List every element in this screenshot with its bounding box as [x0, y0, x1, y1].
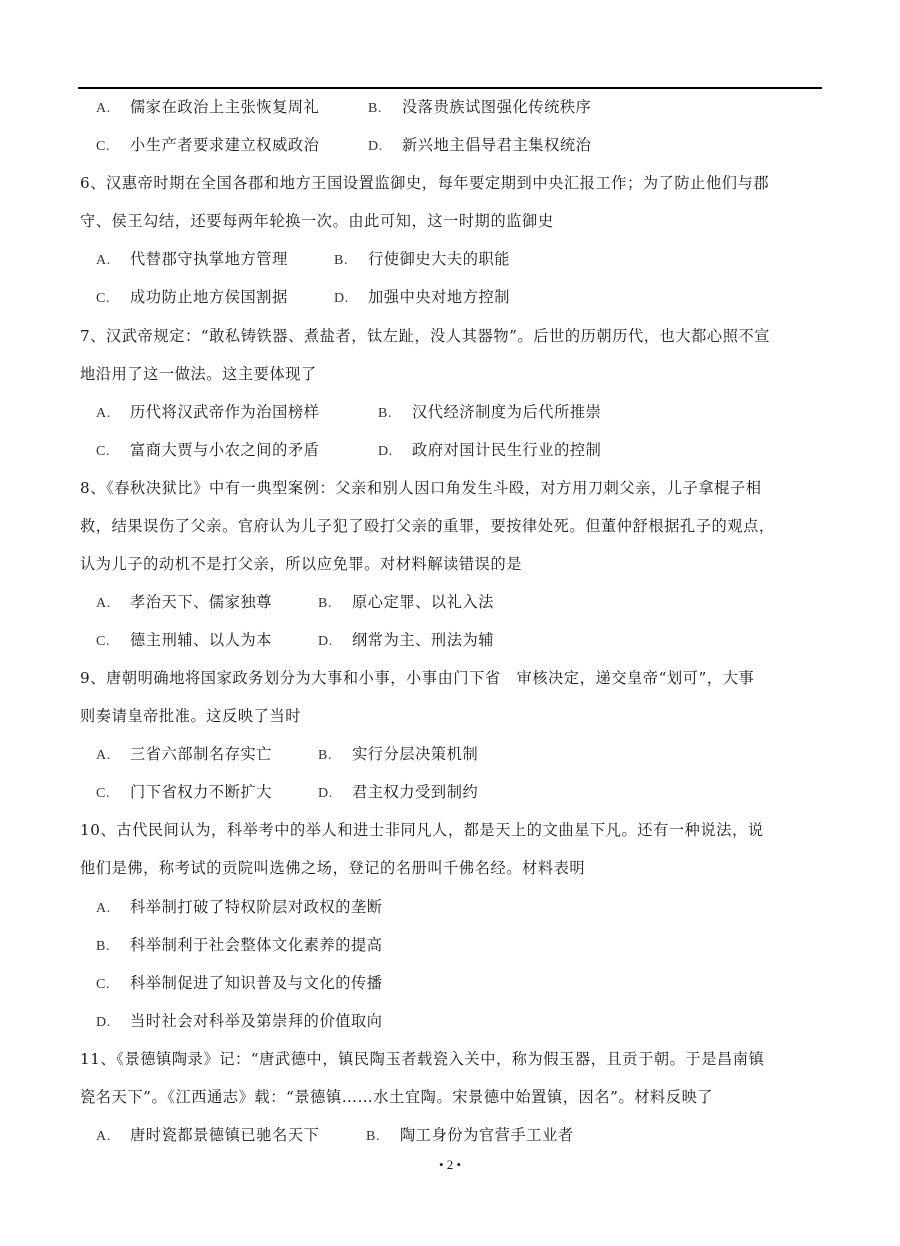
q7-stem-line-1: 7、汉武帝规定：“敢私铸铁器、煮盐者，钛左趾，没人其器物”。后世的历朝历代，也大… [80, 326, 770, 346]
option-key: C. [96, 975, 130, 995]
option-key: D. [96, 1013, 130, 1033]
q8-option-a: A.孝治天下、儒家独尊 [96, 592, 272, 614]
option-text: 代替郡守执掌地方管理 [130, 250, 288, 268]
q10-option-d: D.当时社会对科举及第崇拜的价值取向 [96, 1011, 383, 1033]
q7-option-b: B.汉代经济制度为后代所推崇 [378, 402, 601, 424]
option-key: C. [96, 632, 130, 652]
q9-option-b: B.实行分层决策机制 [318, 744, 478, 766]
option-text: 历代将汉武帝作为治国榜样 [130, 403, 319, 421]
option-text: 科举制促进了知识普及与文化的传播 [130, 974, 383, 992]
option-key: A. [96, 594, 130, 614]
option-text: 科举制利于社会整体文化素养的提高 [130, 936, 383, 954]
option-key: D. [318, 632, 352, 652]
q8-stem-line-3: 认为儿子的动机不是打父亲，所以应免罪。对材料解读错误的是 [80, 554, 522, 574]
option-text: 孝治天下、儒家独尊 [130, 593, 272, 611]
q7-option-d: D.政府对国计民生行业的控制 [378, 440, 601, 462]
q11-stem-line-1: 11、《景德镇陶录》记：“唐武德中，镇民陶玉者载瓷入关中，称为假玉器，且贡于朝。… [80, 1049, 764, 1069]
option-key: D. [378, 442, 412, 462]
option-key: A. [96, 1127, 130, 1147]
option-text: 成功防止地方侯国割据 [130, 288, 288, 306]
q8-option-b: B.原心定罪、以礼入法 [318, 592, 494, 614]
option-key: B. [378, 404, 412, 424]
option-key: C. [96, 784, 130, 804]
q6-option-c: C.成功防止地方侯国割据 [96, 287, 288, 309]
option-key: D. [368, 137, 402, 157]
q7-stem-line-2: 地沿用了这一做法。这主要体现了 [80, 364, 317, 384]
q9-stem-line-1: 9、唐朝明确地将国家政务划分为大事和小事，小事由门下省 审核决定，递交皇帝“划可… [80, 668, 754, 688]
option-key: C. [96, 442, 130, 462]
q9-option-d: D.君主权力受到制约 [318, 782, 478, 804]
option-key: B. [366, 1127, 400, 1147]
option-key: A. [96, 899, 130, 919]
q6-stem-line-2: 守、侯王勾结，还要每两年轮换一次。由此可知，这一时期的监御史 [80, 211, 554, 231]
q11-stem-line-2: 瓷名天下”。《江西通志》载：“景德镇……水土宜陶。宋景德中始置镇，因名”。材料反… [80, 1087, 713, 1107]
option-text: 当时社会对科举及第崇拜的价值取向 [130, 1012, 383, 1030]
option-text: 门下省权力不断扩大 [130, 783, 272, 801]
q9-option-c: C.门下省权力不断扩大 [96, 782, 272, 804]
option-key: D. [318, 784, 352, 804]
option-text: 没落贵族试图强化传统秩序 [402, 98, 591, 116]
header-rule [78, 87, 822, 89]
option-text: 陶工身份为官营手工业者 [400, 1126, 574, 1144]
option-text: 实行分层决策机制 [352, 745, 478, 763]
option-text: 加强中央对地方控制 [368, 288, 510, 306]
q10-option-a: A.科举制打破了特权阶层对政权的垄断 [96, 897, 383, 919]
option-key: A. [96, 746, 130, 766]
option-key: A. [96, 99, 130, 119]
option-text: 汉代经济制度为后代所推崇 [412, 403, 601, 421]
option-text: 小生产者要求建立权威政治 [130, 136, 319, 154]
q5-option-d: D.新兴地主倡导君主集权统治 [368, 135, 591, 157]
q5-option-a: A.儒家在政治上主张恢复周礼 [96, 97, 319, 119]
q6-option-b: B.行使御史大夫的职能 [334, 249, 510, 271]
option-key: B. [334, 251, 368, 271]
q7-option-c: C.富商大贾与小农之间的矛盾 [96, 440, 319, 462]
q8-option-d: D.纲常为主、刑法为辅 [318, 630, 494, 652]
option-text: 原心定罪、以礼入法 [352, 593, 494, 611]
q10-option-b: B.科举制利于社会整体文化素养的提高 [96, 935, 383, 957]
option-text: 君主权力受到制约 [352, 783, 478, 801]
q10-stem-line-1: 10、古代民间认为，科举考中的举人和进士非同凡人，都是天上的文曲星下凡。还有一种… [80, 820, 764, 840]
option-text: 三省六部制名存实亡 [130, 745, 272, 763]
q10-option-c: C.科举制促进了知识普及与文化的传播 [96, 973, 383, 995]
q7-option-a: A.历代将汉武帝作为治国榜样 [96, 402, 319, 424]
option-text: 行使御史大夫的职能 [368, 250, 510, 268]
option-key: B. [318, 746, 352, 766]
option-key: C. [96, 137, 130, 157]
q6-stem-line-1: 6、汉惠帝时期在全国各郡和地方王国设置监御史，每年要定期到中央汇报工作；为了防止… [80, 173, 769, 193]
q11-option-b: B.陶工身份为官营手工业者 [366, 1125, 574, 1147]
q6-option-d: D.加强中央对地方控制 [334, 287, 510, 309]
page-number: • 2 • [0, 1157, 900, 1173]
option-key: D. [334, 289, 368, 309]
option-text: 德主刑辅、以人为本 [130, 631, 272, 649]
q9-option-a: A.三省六部制名存实亡 [96, 744, 272, 766]
q8-option-c: C.德主刑辅、以人为本 [96, 630, 272, 652]
q8-stem-line-1: 8、《春秋决狱比》中有一典型案例：父亲和别人因口角发生斗殴，对方用刀刺父亲，儿子… [80, 478, 762, 498]
option-text: 新兴地主倡导君主集权统治 [402, 136, 591, 154]
option-text: 政府对国计民生行业的控制 [412, 441, 601, 459]
option-key: C. [96, 289, 130, 309]
option-text: 科举制打破了特权阶层对政权的垄断 [130, 898, 383, 916]
option-text: 纲常为主、刑法为辅 [352, 631, 494, 649]
option-key: A. [96, 404, 130, 424]
q8-stem-line-2: 救，结果误伤了父亲。官府认为儿子犯了殴打父亲的重罪，要按律处死。但董仲舒根据孔子… [80, 516, 775, 536]
option-text: 儒家在政治上主张恢复周礼 [130, 98, 319, 116]
option-key: A. [96, 251, 130, 271]
option-text: 富商大贾与小农之间的矛盾 [130, 441, 319, 459]
q6-option-a: A.代替郡守执掌地方管理 [96, 249, 288, 271]
option-key: B. [318, 594, 352, 614]
q5-option-c: C.小生产者要求建立权威政治 [96, 135, 319, 157]
q11-option-a: A.唐时瓷都景德镇已驰名天下 [96, 1125, 319, 1147]
q10-stem-line-2: 他们是佛，称考试的贡院叫选佛之场，登记的名册叫千佛名经。材料表明 [80, 858, 585, 878]
option-key: B. [368, 99, 402, 119]
q9-stem-line-2: 则奏请皇帝批准。这反映了当时 [80, 706, 301, 726]
option-text: 唐时瓷都景德镇已驰名天下 [130, 1126, 319, 1144]
option-key: B. [96, 937, 130, 957]
q5-option-b: B.没落贵族试图强化传统秩序 [368, 97, 591, 119]
